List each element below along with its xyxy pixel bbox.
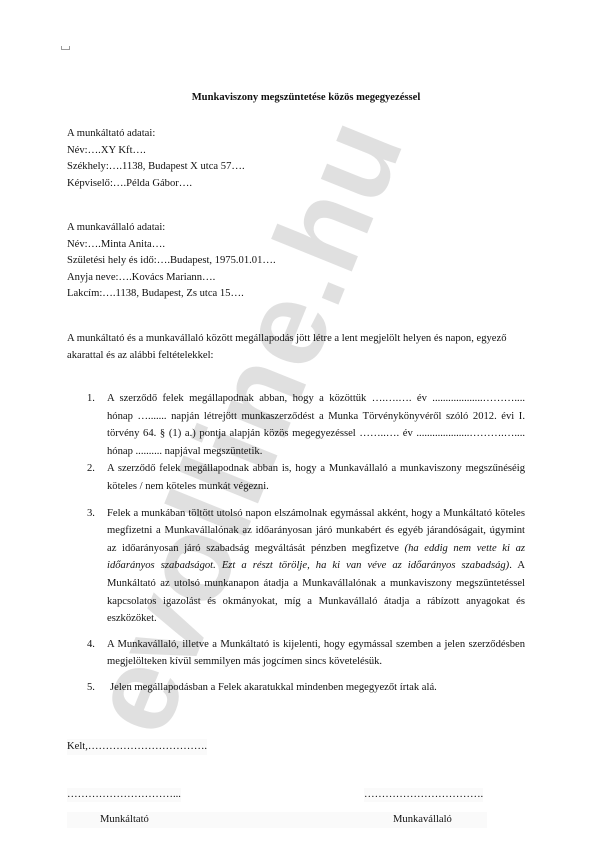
employee-name: Név:….Minta Anita….	[67, 237, 276, 254]
employer-signature-label: Munkáltató	[100, 813, 149, 827]
item-text: A szerződő felek megállapodnak abban, ho…	[107, 393, 525, 457]
document-page: evolline.hu Munkaviszony megszüntetése k…	[0, 0, 612, 858]
list-item: 5. Jelen megállapodásban a Felek akaratu…	[87, 679, 525, 697]
employer-signature-line: …………………………...	[67, 788, 181, 802]
employer-name: Név:….XY Kft….	[67, 143, 245, 160]
employee-mother-name: Anyja neve:….Kovács Mariann….	[67, 270, 276, 287]
item-number: 1.	[87, 390, 95, 408]
employer-seat: Székhely:….1138, Budapest X utca 57….	[67, 159, 245, 176]
employee-address: Lakcím:….1138, Budapest, Zs utca 15….	[67, 286, 276, 303]
item-text: A Munkavállaló, illetve a Munkáltató is …	[107, 639, 525, 668]
item-number: 3.	[87, 505, 95, 523]
item-number: 4.	[87, 636, 95, 654]
list-item: 1. A szerződő felek megállapodnak abban,…	[87, 390, 525, 460]
employee-birth: Születési hely és idő:….Budapest, 1975.0…	[67, 253, 276, 270]
date-place-field: Kelt,…………………………….	[67, 739, 207, 755]
list-item: 2. A szerződő felek megállapodnak abban …	[87, 460, 525, 495]
list-item: 4. A Munkavállaló, illetve a Munkáltató …	[87, 636, 525, 671]
employer-section: A munkáltató adatai: Név:….XY Kft…. Szék…	[67, 126, 245, 192]
item-text: Felek a munkában töltött utolsó napon el…	[107, 508, 525, 625]
terms-list: 1. A szerződő felek megállapodnak abban,…	[87, 390, 525, 697]
employer-heading: A munkáltató adatai:	[67, 126, 245, 143]
list-item: 3. Felek a munkában töltött utolsó napon…	[87, 505, 525, 628]
item-text: A szerződő felek megállapodnak abban is,…	[107, 463, 525, 492]
document-title: Munkaviszony megszüntetése közös megegye…	[0, 92, 612, 103]
employee-signature-label: Munkavállaló	[393, 813, 452, 827]
employee-signature-line: …………………………….	[364, 788, 483, 802]
item-number: 2.	[87, 460, 95, 478]
employee-heading: A munkavállaló adatai:	[67, 220, 276, 237]
employer-representative: Képviselő:….Példa Gábor….	[67, 176, 245, 193]
item-number: 5.	[87, 679, 95, 697]
item-text: Jelen megállapodásban a Felek akaratukka…	[107, 682, 437, 693]
paragraph-corner-mark	[61, 46, 70, 50]
employee-section: A munkavállaló adatai: Név:….Minta Anita…	[67, 220, 276, 303]
intro-paragraph: A munkáltató és a munkavállaló között me…	[67, 330, 527, 364]
